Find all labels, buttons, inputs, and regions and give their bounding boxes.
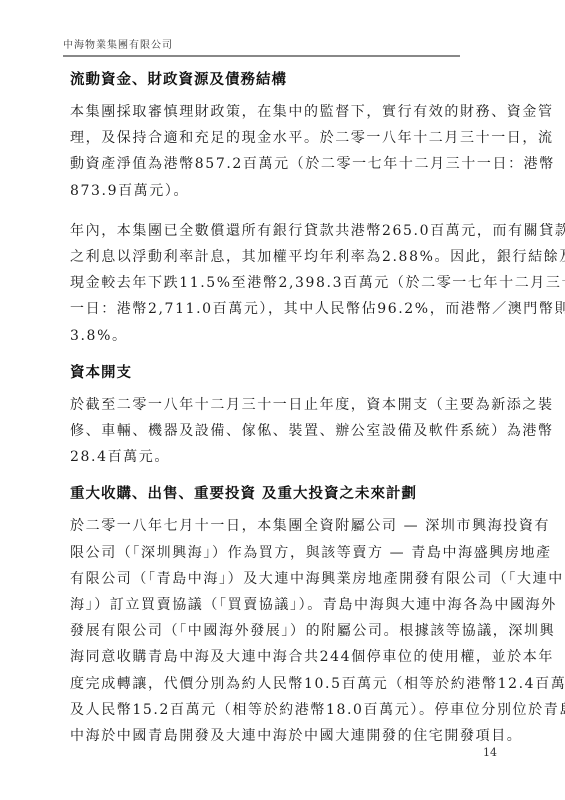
text-line: 之利息以浮動利率計息，其加權平均年利率為2.88%。因此，銀行結餘及: [70, 244, 500, 270]
page-number: 14: [483, 746, 497, 759]
text-line: 度完成轉讓，代價分別為約人民幣10.5百萬元（相等於約港幣12.4百萬元）: [70, 671, 500, 697]
paragraph: 於截至二零一八年十二月三十一日止年度，資本開支（主要為新添之裝 修、車輛、機器及…: [70, 392, 500, 471]
text-line: 873.9百萬元）。: [70, 178, 500, 204]
text-line: 理，及保持合適和充足的現金水平。於二零一八年十二月三十一日，流: [70, 125, 500, 151]
text-line: 於二零一八年七月十一日，本集團全資附屬公司 — 深圳市興海投資有: [70, 513, 500, 539]
running-header: 中海物業集團有限公司: [63, 36, 460, 57]
paragraph: 於二零一八年七月十一日，本集團全資附屬公司 — 深圳市興海投資有 限公司（「深圳…: [70, 513, 500, 749]
text-line: 有限公司（「青島中海」）及大連中海興業房地產開發有限公司（「大連中: [70, 566, 500, 592]
section-heading: 資本開支: [70, 363, 500, 383]
paragraph: 年內，本集團已全數償還所有銀行貸款共港幣265.0百萬元，而有關貸款 之利息以浮…: [70, 218, 500, 349]
text-line: 動資產淨值為港幣857.2百萬元（於二零一七年十二月三十一日：港幣: [70, 151, 500, 177]
section-capex: 資本開支 於截至二零一八年十二月三十一日止年度，資本開支（主要為新添之裝 修、車…: [70, 363, 500, 471]
text-line: 及人民幣15.2百萬元（相等於約港幣18.0百萬元）。停車位分別位於青島: [70, 697, 500, 723]
text-line: 3.8%。: [70, 323, 500, 349]
section-heading: 重大收購、出售、重要投資 及重大投資之未來計劃: [70, 484, 500, 504]
section-liquidity: 流動資金、財政資源及債務結構 本集團採取審慎理財政策，在集中的監督下，實行有效的…: [70, 70, 500, 349]
text-line: 年內，本集團已全數償還所有銀行貸款共港幣265.0百萬元，而有關貸款: [70, 218, 500, 244]
text-line: 現金較去年下跌11.5%至港幣2,398.3百萬元（於二零一七年十二月三十: [70, 270, 500, 296]
text-line: 28.4百萬元。: [70, 444, 500, 470]
text-line: 於截至二零一八年十二月三十一日止年度，資本開支（主要為新添之裝: [70, 392, 500, 418]
text-line: 修、車輛、機器及設備、傢俬、裝置、辦公室設備及軟件系統）為港幣: [70, 418, 500, 444]
page-content: 流動資金、財政資源及債務結構 本集團採取審慎理財政策，在集中的監督下，實行有效的…: [70, 70, 500, 763]
text-line: 海」）訂立買賣協議（「買賣協議」）。青島中海與大連中海各為中國海外: [70, 592, 500, 618]
text-line: 發展有限公司（「中國海外發展」）的附屬公司。根據該等協議，深圳興: [70, 618, 500, 644]
text-line: 一日：港幣2,711.0百萬元），其中人民幣佔96.2%，而港幣／澳門幣則佔: [70, 296, 500, 322]
section-heading: 流動資金、財政資源及債務結構: [70, 70, 500, 90]
text-line: 限公司（「深圳興海」）作為買方，與該等賣方 — 青島中海盛興房地產: [70, 540, 500, 566]
text-line: 本集團採取審慎理財政策，在集中的監督下，實行有效的財務、資金管: [70, 99, 500, 125]
company-name: 中海物業集團有限公司: [63, 40, 173, 51]
text-line: 海同意收購青島中海及大連中海合共244個停車位的使用權，並於本年: [70, 644, 500, 670]
text-line: 中海於中國青島開發及大連中海於中國大連開發的住宅開發項目。: [70, 723, 500, 749]
section-acquisitions: 重大收購、出售、重要投資 及重大投資之未來計劃 於二零一八年七月十一日，本集團全…: [70, 484, 500, 749]
paragraph: 本集團採取審慎理財政策，在集中的監督下，實行有效的財務、資金管 理，及保持合適和…: [70, 99, 500, 204]
